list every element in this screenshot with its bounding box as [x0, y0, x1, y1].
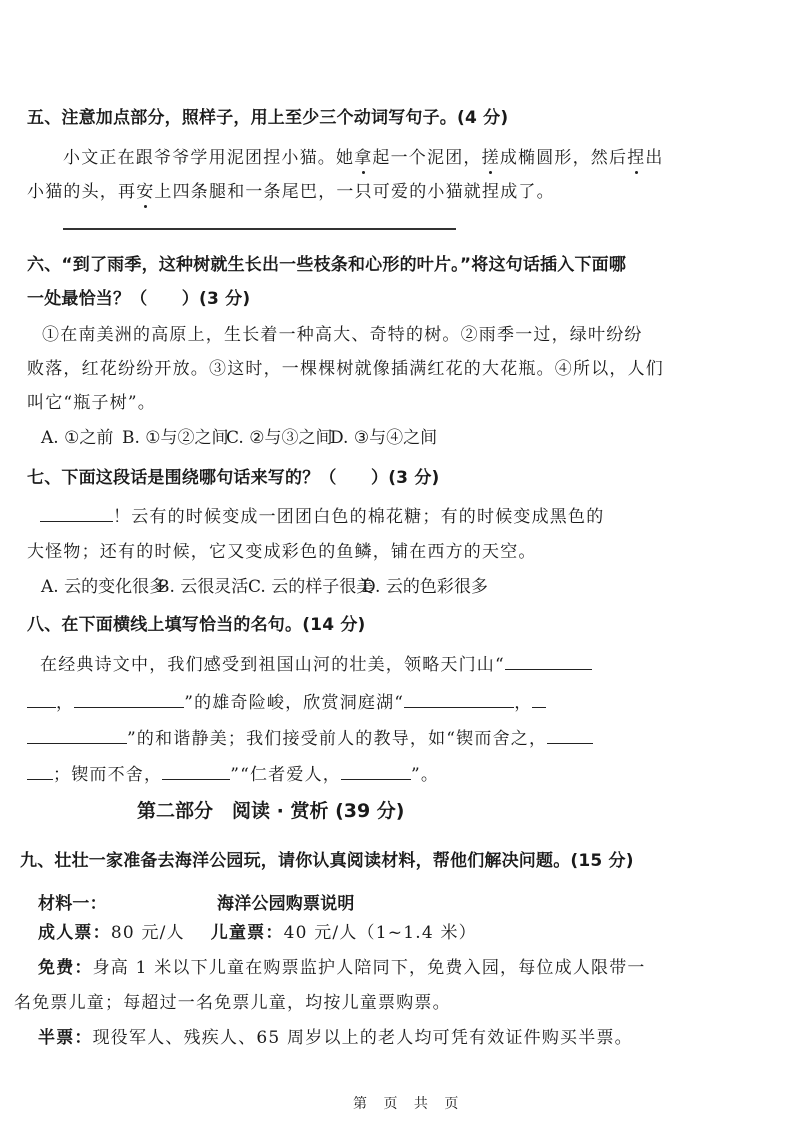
q6-passage-line2: 败落，红花纷纷开放。③这时，一棵棵树就像插满红花的大花瓶。④所以，人们 — [27, 354, 664, 379]
q6-option-d[interactable]: D. ③与④之间 — [330, 423, 437, 448]
adult-ticket-label: 成人票： — [38, 923, 111, 943]
text: 成椭圆形，然后 — [500, 148, 627, 168]
text: 小猫的头，再 — [27, 182, 136, 202]
q6-passage-line3: 叫它“瓶子树”。 — [27, 388, 156, 413]
part2-title: 第二部分 阅读 · 赏析 (39 分) — [137, 796, 405, 823]
text: ， — [56, 693, 74, 713]
answer-blank[interactable] — [27, 706, 56, 708]
child-ticket-label: 儿童票： — [211, 923, 284, 943]
child-ticket-price: 40 元/人（1~1.4 米） — [284, 923, 477, 943]
text: ， — [514, 693, 532, 713]
answer-blank[interactable] — [27, 778, 53, 780]
q9-title: 九、壮壮一家准备去海洋公园玩，请你认真阅读材料，帮他们解决问题。(15 分) — [20, 846, 634, 871]
q9-free-line2: 名免票儿童；每超过一名免票儿童，均按儿童票购票。 — [14, 988, 451, 1013]
answer-blank[interactable] — [74, 706, 184, 708]
answer-blank[interactable] — [404, 706, 514, 708]
answer-blank[interactable] — [27, 742, 127, 744]
dotted-char: 安 — [136, 182, 154, 202]
answer-blank[interactable] — [532, 706, 546, 708]
q9-free-line1: 免费：身高 1 米以下儿童在购票监护人陪同下，免费入园，每位成人限带一 — [38, 953, 646, 978]
q8-line2: ，”的雄奇险峻，欣赏洞庭湖“， — [27, 688, 546, 713]
dotted-char: 搓 — [482, 148, 500, 168]
free-label: 免费： — [38, 958, 93, 978]
text: 身高 1 米以下儿童在购票监护人陪同下，免费入园，每位成人限带一 — [93, 958, 646, 978]
q6-passage-line1: ①在南美洲的高原上，生长着一种高大、奇特的树。②雨季一过，绿叶纷纷 — [42, 320, 643, 345]
q7-passage-line1: ！云有的时候变成一团团白色的棉花糖；有的时候变成黑色的 — [40, 502, 604, 527]
text: 现役军人、残疾人、65 周岁以上的老人均可凭有效证件购买半票。 — [93, 1028, 633, 1048]
q9-ticket-prices: 成人票：80 元/人儿童票：40 元/人（1~1.4 米） — [38, 918, 477, 943]
q9-material-title: 海洋公园购票说明 — [217, 889, 355, 914]
q9-half-ticket: 半票：现役军人、残疾人、65 周岁以上的老人均可凭有效证件购买半票。 — [38, 1023, 633, 1048]
q7-option-c[interactable]: C. 云的样子很美 — [248, 572, 373, 597]
text: 出 — [645, 148, 663, 168]
q6-title-line2: 一处最恰当？（ ）(3 分) — [27, 284, 250, 309]
q7-option-b[interactable]: B. 云很灵活 — [157, 572, 248, 597]
q8-line1: 在经典诗文中，我们感受到祖国山河的壮美，领略天门山“ — [40, 650, 592, 675]
text: ；锲而不舍， — [53, 765, 162, 785]
text: ”“仁者爱人， — [230, 765, 341, 785]
text: ”。 — [411, 765, 439, 785]
text: ”的雄奇险峻，欣赏洞庭湖“ — [184, 693, 404, 713]
text: 上四条腿和一条尾巴，一只可爱的小猫就捏成了。 — [154, 182, 554, 202]
half-ticket-label: 半票： — [38, 1028, 93, 1048]
q5-title: 五、注意加点部分，照样子，用上至少三个动词写句子。(4 分) — [27, 103, 508, 128]
q8-title: 八、在下面横线上填写恰当的名句。(14 分) — [27, 610, 366, 635]
adult-ticket-price: 80 元/人 — [111, 923, 185, 943]
q7-option-d[interactable]: D. 云的色彩很多 — [362, 572, 488, 597]
text: ”的和谐静美；我们接受前人的教导，如“锲而舍之， — [127, 729, 547, 749]
text: 在经典诗文中，我们感受到祖国山河的壮美，领略天门山“ — [40, 655, 505, 675]
q5-passage-line2: 小猫的头，再安上四条腿和一条尾巴，一只可爱的小猫就捏成了。 — [27, 177, 555, 202]
q8-line4: ；锲而不舍，”“仁者爱人，”。 — [27, 760, 439, 785]
answer-blank[interactable] — [341, 778, 411, 780]
answer-blank[interactable] — [547, 742, 593, 744]
text: 小文正在跟爷爷学用泥团捏小猫。她 — [63, 148, 354, 168]
dotted-char: 捏 — [627, 148, 645, 168]
text: 起一个泥团， — [372, 148, 481, 168]
q7-passage-line2: 大怪物；还有的时候，它又变成彩色的鱼鳞，铺在西方的天空。 — [27, 537, 537, 562]
q6-option-b[interactable]: B. ①与②之间 — [122, 423, 229, 448]
dotted-char: 拿 — [354, 148, 372, 168]
q7-option-a[interactable]: A. 云的变化很多 — [41, 572, 166, 597]
q7-title: 七、下面这段话是围绕哪句话来写的？（ ）(3 分) — [27, 463, 440, 488]
q5-passage-line1: 小文正在跟爷爷学用泥团捏小猫。她拿起一个泥团，搓成椭圆形，然后捏出 — [63, 143, 664, 168]
q6-option-c[interactable]: C. ②与③之间 — [226, 423, 332, 448]
q6-option-a[interactable]: A. ①之前 — [41, 423, 113, 448]
page-footer: 第 页 共 页 — [353, 1093, 464, 1113]
q9-material-label: 材料一： — [38, 889, 107, 914]
answer-blank[interactable] — [162, 778, 230, 780]
q6-title-line1: 六、“到了雨季，这种树就生长出一些枝条和心形的叶片。”将这句话插入下面哪 — [27, 250, 626, 275]
answer-blank[interactable] — [505, 668, 592, 670]
q8-line3: ”的和谐静美；我们接受前人的教导，如“锲而舍之， — [27, 724, 593, 749]
q5-answer-line[interactable] — [63, 228, 456, 230]
q7-answer-blank[interactable] — [40, 520, 113, 522]
text: ！云有的时候变成一团团白色的棉花糖；有的时候变成黑色的 — [113, 507, 604, 527]
